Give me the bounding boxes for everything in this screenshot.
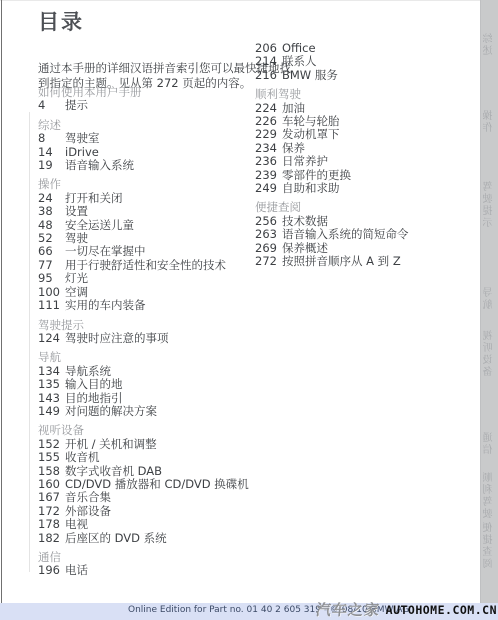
toc-entry: 239零部件的更换 (255, 169, 477, 182)
toc-entry: 178电视 (38, 518, 252, 531)
toc-entry-page-number: 236 (255, 155, 282, 168)
toc-entry-label: 保养概述 (282, 242, 477, 255)
toc-entry-page-number: 239 (255, 169, 282, 182)
toc-entry: 214联系人 (255, 55, 477, 68)
toc-section: 综述8驾驶室14iDrive19语音输入系统 (38, 119, 252, 173)
toc-entry-label: 导航系统 (65, 365, 252, 378)
toc-entry-page-number: 214 (255, 55, 282, 68)
toc-section-header: 导航 (38, 351, 252, 364)
toc-entry: 135输入目的地 (38, 378, 252, 391)
toc-entry-page-number: 172 (38, 505, 65, 518)
toc-entry: 149对问题的解决方案 (38, 405, 252, 418)
toc-entry-label: 开机 / 关机和调整 (65, 438, 252, 451)
toc-entry-page-number: 48 (38, 219, 65, 232)
toc-entry-label: iDrive (65, 146, 252, 159)
toc-entry: 111实用的车内装备 (38, 299, 252, 312)
toc-entry-label: Office (282, 42, 477, 55)
toc-entry: 196电话 (38, 564, 252, 577)
toc-entry-label: 音乐合集 (65, 491, 252, 504)
toc-entry-label: 一切尽在掌握中 (65, 245, 252, 258)
chapter-tab: 通信 (484, 432, 496, 456)
toc-entry: 263语音输入系统的简短命令 (255, 228, 477, 241)
toc-entry: 224加油 (255, 102, 477, 115)
autohome-logo: 汽车之家 (315, 599, 381, 620)
toc-entry-page-number: 124 (38, 332, 65, 345)
toc-entry: 4提示 (38, 99, 252, 112)
toc-section: 顺利驾驶224加油226车轮与轮胎229发动机罩下234保养236日常养护239… (255, 88, 477, 195)
toc-column-right: 206Office214联系人216BMW 服务顺利驾驶224加油226车轮与轮… (255, 42, 477, 269)
toc-entry-label: 保养 (282, 142, 477, 155)
toc-entry-page-number: 14 (38, 146, 65, 159)
toc-section-header: 驾驶提示 (38, 319, 252, 332)
toc-entry-label: 空调 (65, 286, 252, 299)
toc-entry-page-number: 263 (255, 228, 282, 241)
autohome-watermark: 汽车之家 AUTOHOME.COM.CN (316, 599, 497, 620)
toc-entry-label: 驾驶 (65, 232, 252, 245)
toc-entry-label: 收音机 (65, 451, 252, 464)
toc-entry-label: 后座区的 DVD 系统 (65, 532, 252, 545)
toc-entry: 95灯光 (38, 272, 252, 285)
toc-entry-label: 日常养护 (282, 155, 477, 168)
toc-entry: 143目的地指引 (38, 392, 252, 405)
autohome-site-text: AUTOHOME.COM.CN (386, 603, 497, 617)
toc-entry-label: 语音输入系统的简短命令 (282, 228, 477, 241)
toc-entry: 24打开和关闭 (38, 192, 252, 205)
page-top-edge (0, 0, 498, 1)
toc-entry-page-number: 256 (255, 215, 282, 228)
toc-entry-label: 自助和求助 (282, 182, 477, 195)
toc-entry-label: 联系人 (282, 55, 477, 68)
toc-entry-page-number: 149 (38, 405, 65, 418)
toc-entry-page-number: 196 (38, 564, 65, 577)
toc-section-header: 操作 (38, 178, 252, 191)
toc-entry-label: 灯光 (65, 272, 252, 285)
toc-entry-label: 语音输入系统 (65, 159, 252, 172)
chapter-thumb-index-strip: 综述操作驾驶提示导航视听设备通信顺利驾驶便捷查阅 (480, 0, 498, 603)
toc-entry: 236日常养护 (255, 155, 477, 168)
chapter-tab: 操作 (484, 110, 496, 134)
toc-entry: 172外部设备 (38, 505, 252, 518)
toc-entry-label: 设置 (65, 205, 252, 218)
toc-entry-label: 外部设备 (65, 505, 252, 518)
toc-entry-page-number: 152 (38, 438, 65, 451)
toc-entry: 52驾驶 (38, 232, 252, 245)
chapter-tab: 视听设备 (484, 330, 496, 378)
toc-entry-page-number: 38 (38, 205, 65, 218)
toc-entry: 234保养 (255, 142, 477, 155)
toc-section-header: 顺利驾驶 (255, 88, 477, 101)
toc-entry-label: 加油 (282, 102, 477, 115)
toc-entry-page-number: 95 (38, 272, 65, 285)
toc-entry-label: 安全运送儿童 (65, 219, 252, 232)
toc-entry-label: 实用的车内装备 (65, 299, 252, 312)
toc-entry-page-number: 19 (38, 159, 65, 172)
toc-entry-page-number: 249 (255, 182, 282, 195)
toc-entry-page-number: 226 (255, 115, 282, 128)
toc-entry: 38设置 (38, 205, 252, 218)
toc-entry: 249自助和求助 (255, 182, 477, 195)
page-left-edge (1, 0, 2, 620)
toc-entry-page-number: 155 (38, 451, 65, 464)
toc-section-header: 如何使用本用户手册 (38, 86, 252, 99)
toc-entry-label: 电视 (65, 518, 252, 531)
toc-entry-label: 数字式收音机 DAB (65, 465, 252, 478)
toc-entry-page-number: 158 (38, 465, 65, 478)
toc-section-header: 通信 (38, 551, 252, 564)
toc-entry-page-number: 143 (38, 392, 65, 405)
toc-entry-page-number: 77 (38, 259, 65, 272)
toc-section: 操作24打开和关闭38设置48安全运送儿童52驾驶66一切尽在掌握中77用于行驶… (38, 178, 252, 312)
toc-entry: 182后座区的 DVD 系统 (38, 532, 252, 545)
toc-entry-label: 输入目的地 (65, 378, 252, 391)
toc-entry: 226车轮与轮胎 (255, 115, 477, 128)
toc-entry: 160CD/DVD 播放器和 CD/DVD 换碟机 (38, 478, 252, 491)
toc-entry-label: BMW 服务 (282, 69, 477, 82)
toc-entry: 155收音机 (38, 451, 252, 464)
manual-toc-page: { "page_title": "目录", "intro": "通过本手册的详细… (0, 0, 498, 620)
toc-entry: 206Office (255, 42, 477, 55)
toc-entry-page-number: 178 (38, 518, 65, 531)
chapter-tab: 驾驶提示 (484, 181, 496, 229)
toc-entry-page-number: 52 (38, 232, 65, 245)
toc-entry-page-number: 66 (38, 245, 65, 258)
toc-entry-label: 目的地指引 (65, 392, 252, 405)
toc-entry-page-number: 135 (38, 378, 65, 391)
toc-entry-label: 驾驶室 (65, 132, 252, 145)
toc-entry-label: CD/DVD 播放器和 CD/DVD 换碟机 (65, 478, 252, 491)
toc-entry-page-number: 100 (38, 286, 65, 299)
toc-entry-page-number: 272 (255, 255, 282, 268)
toc-section-header: 综述 (38, 119, 252, 132)
toc-entry: 229发动机罩下 (255, 128, 477, 141)
toc-entry-page-number: 206 (255, 42, 282, 55)
scan-gutter-line (29, 112, 30, 572)
toc-entry: 269保养概述 (255, 242, 477, 255)
toc-section: 通信196电话 (38, 551, 252, 578)
toc-section: 如何使用本用户手册4提示 (38, 86, 252, 113)
toc-entry-page-number: 160 (38, 478, 65, 491)
toc-section: 206Office214联系人216BMW 服务 (255, 42, 477, 82)
toc-entry: 216BMW 服务 (255, 69, 477, 82)
toc-entry-label: 用于行驶舒适性和安全性的技术 (65, 259, 252, 272)
toc-entry-page-number: 216 (255, 69, 282, 82)
toc-entry: 14iDrive (38, 146, 252, 159)
toc-entry: 66一切尽在掌握中 (38, 245, 252, 258)
toc-section: 导航134导航系统135输入目的地143目的地指引149对问题的解决方案 (38, 351, 252, 418)
toc-entry-label: 技术数据 (282, 215, 477, 228)
toc-entry-page-number: 224 (255, 102, 282, 115)
toc-entry-page-number: 111 (38, 299, 65, 312)
toc-section: 驾驶提示124驾驶时应注意的事项 (38, 319, 252, 346)
toc-entry: 48安全运送儿童 (38, 219, 252, 232)
toc-entry-label: 发动机罩下 (282, 128, 477, 141)
toc-entry-page-number: 229 (255, 128, 282, 141)
toc-section-header: 视听设备 (38, 424, 252, 437)
toc-entry-page-number: 234 (255, 142, 282, 155)
toc-entry: 256技术数据 (255, 215, 477, 228)
toc-entry-page-number: 269 (255, 242, 282, 255)
toc-entry-label: 打开和关闭 (65, 192, 252, 205)
toc-entry: 272按照拼音顺序从 A 到 Z (255, 255, 477, 268)
toc-entry-label: 按照拼音顺序从 A 到 Z (282, 255, 477, 268)
toc-entry: 152开机 / 关机和调整 (38, 438, 252, 451)
page-title: 目录 (38, 6, 84, 36)
toc-entry: 124驾驶时应注意的事项 (38, 332, 252, 345)
toc-entry: 77用于行驶舒适性和安全性的技术 (38, 259, 252, 272)
toc-entry: 134导航系统 (38, 365, 252, 378)
toc-entry: 100空调 (38, 286, 252, 299)
toc-column-left: 如何使用本用户手册4提示综述8驾驶室14iDrive19语音输入系统操作24打开… (38, 86, 252, 578)
toc-entry-label: 车轮与轮胎 (282, 115, 477, 128)
toc-entry-label: 驾驶时应注意的事项 (65, 332, 252, 345)
toc-entry-page-number: 134 (38, 365, 65, 378)
toc-entry-page-number: 182 (38, 532, 65, 545)
toc-entry-label: 零部件的更换 (282, 169, 477, 182)
chapter-tab: 导航 (484, 287, 496, 311)
chapter-tab: 便捷查阅 (484, 522, 496, 570)
toc-entry: 167音乐合集 (38, 491, 252, 504)
toc-section-header: 便捷查阅 (255, 201, 477, 214)
toc-entry-label: 对问题的解决方案 (65, 405, 252, 418)
toc-entry-page-number: 4 (38, 99, 65, 112)
toc-section: 视听设备152开机 / 关机和调整155收音机158数字式收音机 DAB160C… (38, 424, 252, 545)
chapter-tab: 综述 (484, 33, 496, 57)
toc-entry-page-number: 8 (38, 132, 65, 145)
toc-entry: 19语音输入系统 (38, 159, 252, 172)
chapter-tab: 顺利驾驶 (484, 472, 496, 520)
toc-entry-page-number: 24 (38, 192, 65, 205)
toc-entry: 8驾驶室 (38, 132, 252, 145)
toc-entry: 158数字式收音机 DAB (38, 465, 252, 478)
toc-entry-label: 电话 (65, 564, 252, 577)
toc-section: 便捷查阅256技术数据263语音输入系统的简短命令269保养概述272按照拼音顺… (255, 201, 477, 268)
toc-entry-label: 提示 (65, 99, 252, 112)
toc-entry-page-number: 167 (38, 491, 65, 504)
